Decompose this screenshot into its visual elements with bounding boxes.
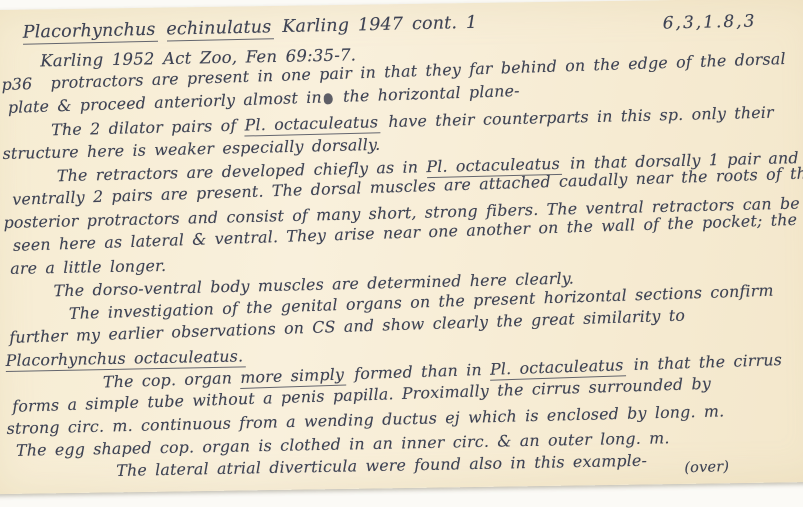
page-ref: p36: [1, 74, 32, 94]
over-note: (over): [684, 456, 730, 483]
catalog-number: 6,3,1.8,3: [663, 11, 757, 33]
handwritten-content: Placorhynchus echinulatus Karling 1947 c…: [0, 0, 803, 487]
index-card: Placorhynchus echinulatus Karling 1947 c…: [0, 0, 803, 494]
ink-blot: [324, 93, 333, 104]
title-authority: Karling 1947 cont. 1: [282, 13, 477, 37]
species-name: echinulatus: [166, 17, 274, 41]
genus-name: Placorhynchus: [23, 20, 158, 45]
line-text: the horizontal plane-: [343, 81, 520, 106]
scan-speck: [63, 125, 66, 128]
scanned-page: Placorhynchus echinulatus Karling 1947 c…: [0, 0, 803, 507]
card-title: Placorhynchus echinulatus Karling 1947 c…: [23, 13, 478, 43]
line-text: The 2 dilator pairs of: [51, 116, 237, 140]
